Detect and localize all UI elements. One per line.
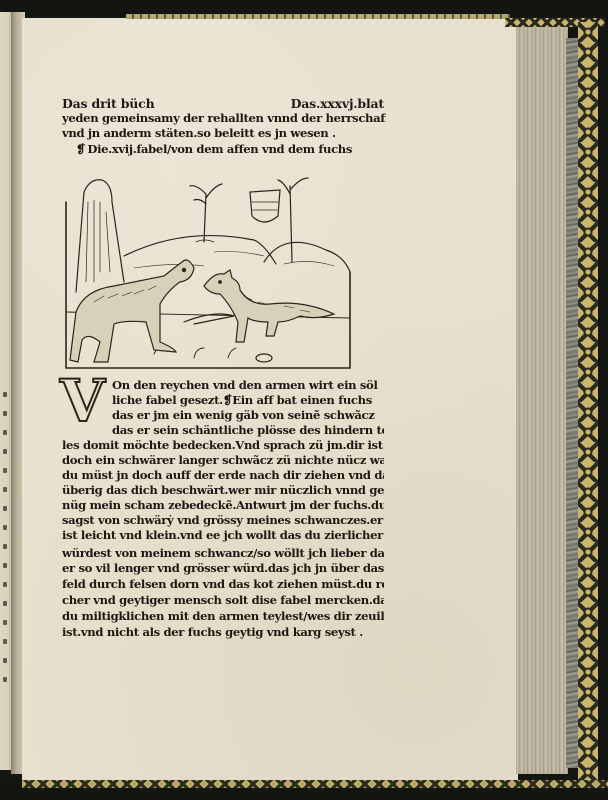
fable-caption-text: Die.xvij.fabel/von dem affen vnd dem fuc…: [87, 142, 352, 156]
text-line: du miltigklichen mit den armen teylest/w…: [62, 609, 384, 624]
text-line: ist leicht vnd klein.vnd ee jch wollt da…: [62, 528, 384, 543]
ape-and-fox-woodcut-icon: [64, 172, 364, 372]
text-line: yeden gemeinsamy der rehallten vnnd der …: [62, 111, 386, 126]
text-line: das er jm ein wenig gäb von seinẽ schwãc…: [112, 408, 384, 423]
running-head: Das drit büch Das.xxxvj.blat: [62, 96, 384, 112]
text-line: er so vil lenger vnd grösser würd.das jc…: [62, 561, 384, 576]
gilt-border-bottom: [22, 780, 608, 788]
decorated-initial-letter: V: [60, 372, 112, 432]
paragraph-mark-icon: ❡: [76, 142, 85, 156]
page-top-edge: [126, 14, 510, 19]
text-line: das er sein schäntliche plösse des hinde…: [112, 423, 384, 438]
text-line: liche fabel gesezt.❡Ein aff bat einen fu…: [112, 393, 384, 408]
text-line: würdest von meinem schwancz/so wöllt jch…: [62, 546, 384, 561]
gilt-border-right: [578, 22, 598, 782]
text-line: On den reychen vnd den armen wirt ein sö…: [112, 378, 384, 393]
text-line: sagst von schwärẏ vnd grössy meines schw…: [62, 513, 384, 528]
text-line: les domit möchte bedecken.Vnd sprach zü …: [62, 438, 384, 453]
page-stack-fore-edge: [516, 22, 568, 774]
text-line: doch ein schwärer langer schwãcz zü nich…: [62, 453, 384, 468]
text-line: ist.vnd nicht als der fuchs geytig vnd k…: [62, 625, 384, 640]
text-line: nüg mein scham zebedeckẽ.Antwurt jm der …: [62, 498, 384, 513]
running-head-book: Das drit büch: [62, 96, 154, 111]
text-line: du müst jn doch auff der erde nach dir z…: [62, 468, 384, 483]
text-line: vnd jn anderm stäten.so beleitt es jn we…: [62, 126, 386, 141]
folio-number: Das.xxxvj.blat: [291, 96, 384, 111]
woodcut-illustration: [64, 172, 364, 372]
background-bottom: [0, 786, 608, 800]
previous-page-text-marks: [1, 392, 9, 696]
text-line: cher vnd geytiger mensch solt dise fabel…: [62, 593, 384, 608]
text-line: überig das dich beschwärt.wer mir nüczli…: [62, 483, 384, 498]
text-line: feld durch felsen dorn vnd das kot ziehe…: [62, 577, 384, 592]
fable-caption: ❡Die.xvij.fabel/von dem affen vnd dem fu…: [76, 142, 400, 157]
